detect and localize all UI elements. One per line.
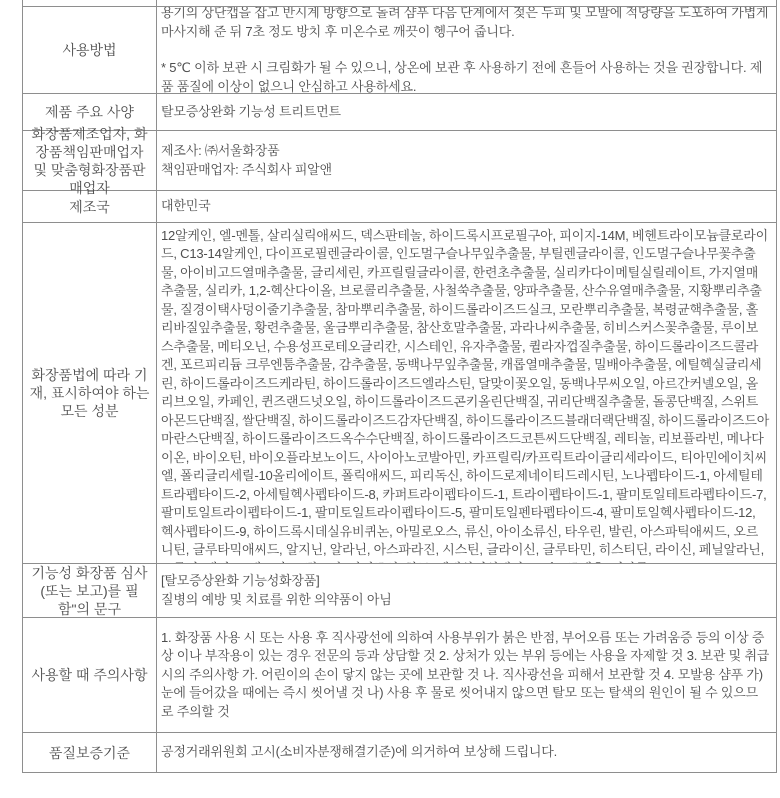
warranty-label: 품질보증기준	[23, 733, 157, 772]
warranty-content: 공정거래위원회 고시(소비자분쟁해결기준)에 의거하여 보상해 드립니다.	[157, 733, 776, 772]
makers-label: 화장품제조업자, 화장품책임판매업자 및 맞춤형화장품판매업자	[23, 131, 157, 190]
caution-content: 1. 화장품 사용 시 또는 사용 후 직사광선에 의하여 사용부위가 붉은 반…	[157, 618, 776, 732]
caution-label: 사용할 때 주의사항	[23, 618, 157, 732]
ingredients-content: 프로필렌글라이콜, 에탄올, 미리스틸알코올, 정제수, 세트리모늄클로라이드,…	[157, 223, 776, 563]
manufacturer-line: 제조사: ㈜서울화장품	[161, 142, 770, 161]
table-row-caution: 사용할 때 주의사항 1. 화장품 사용 시 또는 사용 후 직사광선에 의하여…	[23, 618, 776, 733]
usage-label: 사용방법	[23, 7, 157, 93]
functional-statement-line-1: [탈모증상완화 기능성화장품]	[161, 572, 770, 591]
table-row-makers: 화장품제조업자, 화장품책임판매업자 및 맞춤형화장품판매업자 제조사: ㈜서울…	[23, 131, 776, 191]
country-content: 대한민국	[157, 191, 776, 222]
usage-paragraph-2: * 5℃ 이하 보관 시 크림화가 될 수 있으니, 상온에 보관 후 사용하기…	[161, 59, 770, 93]
table-row-ingredients: 화장품법에 따라 기재, 표시하여야 하는 모든 성분 프로필렌글라이콜, 에탄…	[23, 223, 776, 564]
partial-row-content-cell	[157, 0, 776, 6]
table-row-functional-statement: 기능성 화장품 심사(또는 보고)를 필함"의 문구 [탈모증상완화 기능성화장…	[23, 564, 776, 618]
table-row-usage: 사용방법 용기의 상단캡을 잡고 반시계 방향으로 돌려 샴푸 다음 단계에서 …	[23, 7, 776, 94]
ingredients-label: 화장품법에 따라 기재, 표시하여야 하는 모든 성분	[23, 223, 157, 563]
usage-content: 용기의 상단캡을 잡고 반시계 방향으로 돌려 샴푸 다음 단계에서 젖은 두피…	[157, 7, 776, 93]
partial-row-label-cell	[23, 0, 157, 6]
functional-statement-label: 기능성 화장품 심사(또는 보고)를 필함"의 문구	[23, 564, 157, 617]
table-row-country: 제조국 대한민국	[23, 191, 776, 223]
distributor-line: 책임판매업자: 주식회사 피알앤	[161, 161, 770, 180]
usage-paragraph-1: 용기의 상단캡을 잡고 반시계 방향으로 돌려 샴푸 다음 단계에서 젖은 두피…	[161, 7, 770, 41]
makers-content: 제조사: ㈜서울화장품 책임판매업자: 주식회사 피알앤	[157, 131, 776, 190]
spec-content: 탈모증상완화 기능성 트리트먼트	[157, 94, 776, 130]
functional-statement-line-2: 질병의 예방 및 치료를 위한 의약품이 아님	[161, 591, 770, 610]
table-row-warranty: 품질보증기준 공정거래위원회 고시(소비자분쟁해결기준)에 의거하여 보상해 드…	[23, 733, 776, 773]
functional-statement-content: [탈모증상완화 기능성화장품] 질병의 예방 및 치료를 위한 의약품이 아님	[157, 564, 776, 617]
country-label: 제조국	[23, 191, 157, 222]
table-row-partial-top	[23, 0, 776, 7]
product-info-table: 사용방법 용기의 상단캡을 잡고 반시계 방향으로 돌려 샴푸 다음 단계에서 …	[22, 0, 777, 773]
